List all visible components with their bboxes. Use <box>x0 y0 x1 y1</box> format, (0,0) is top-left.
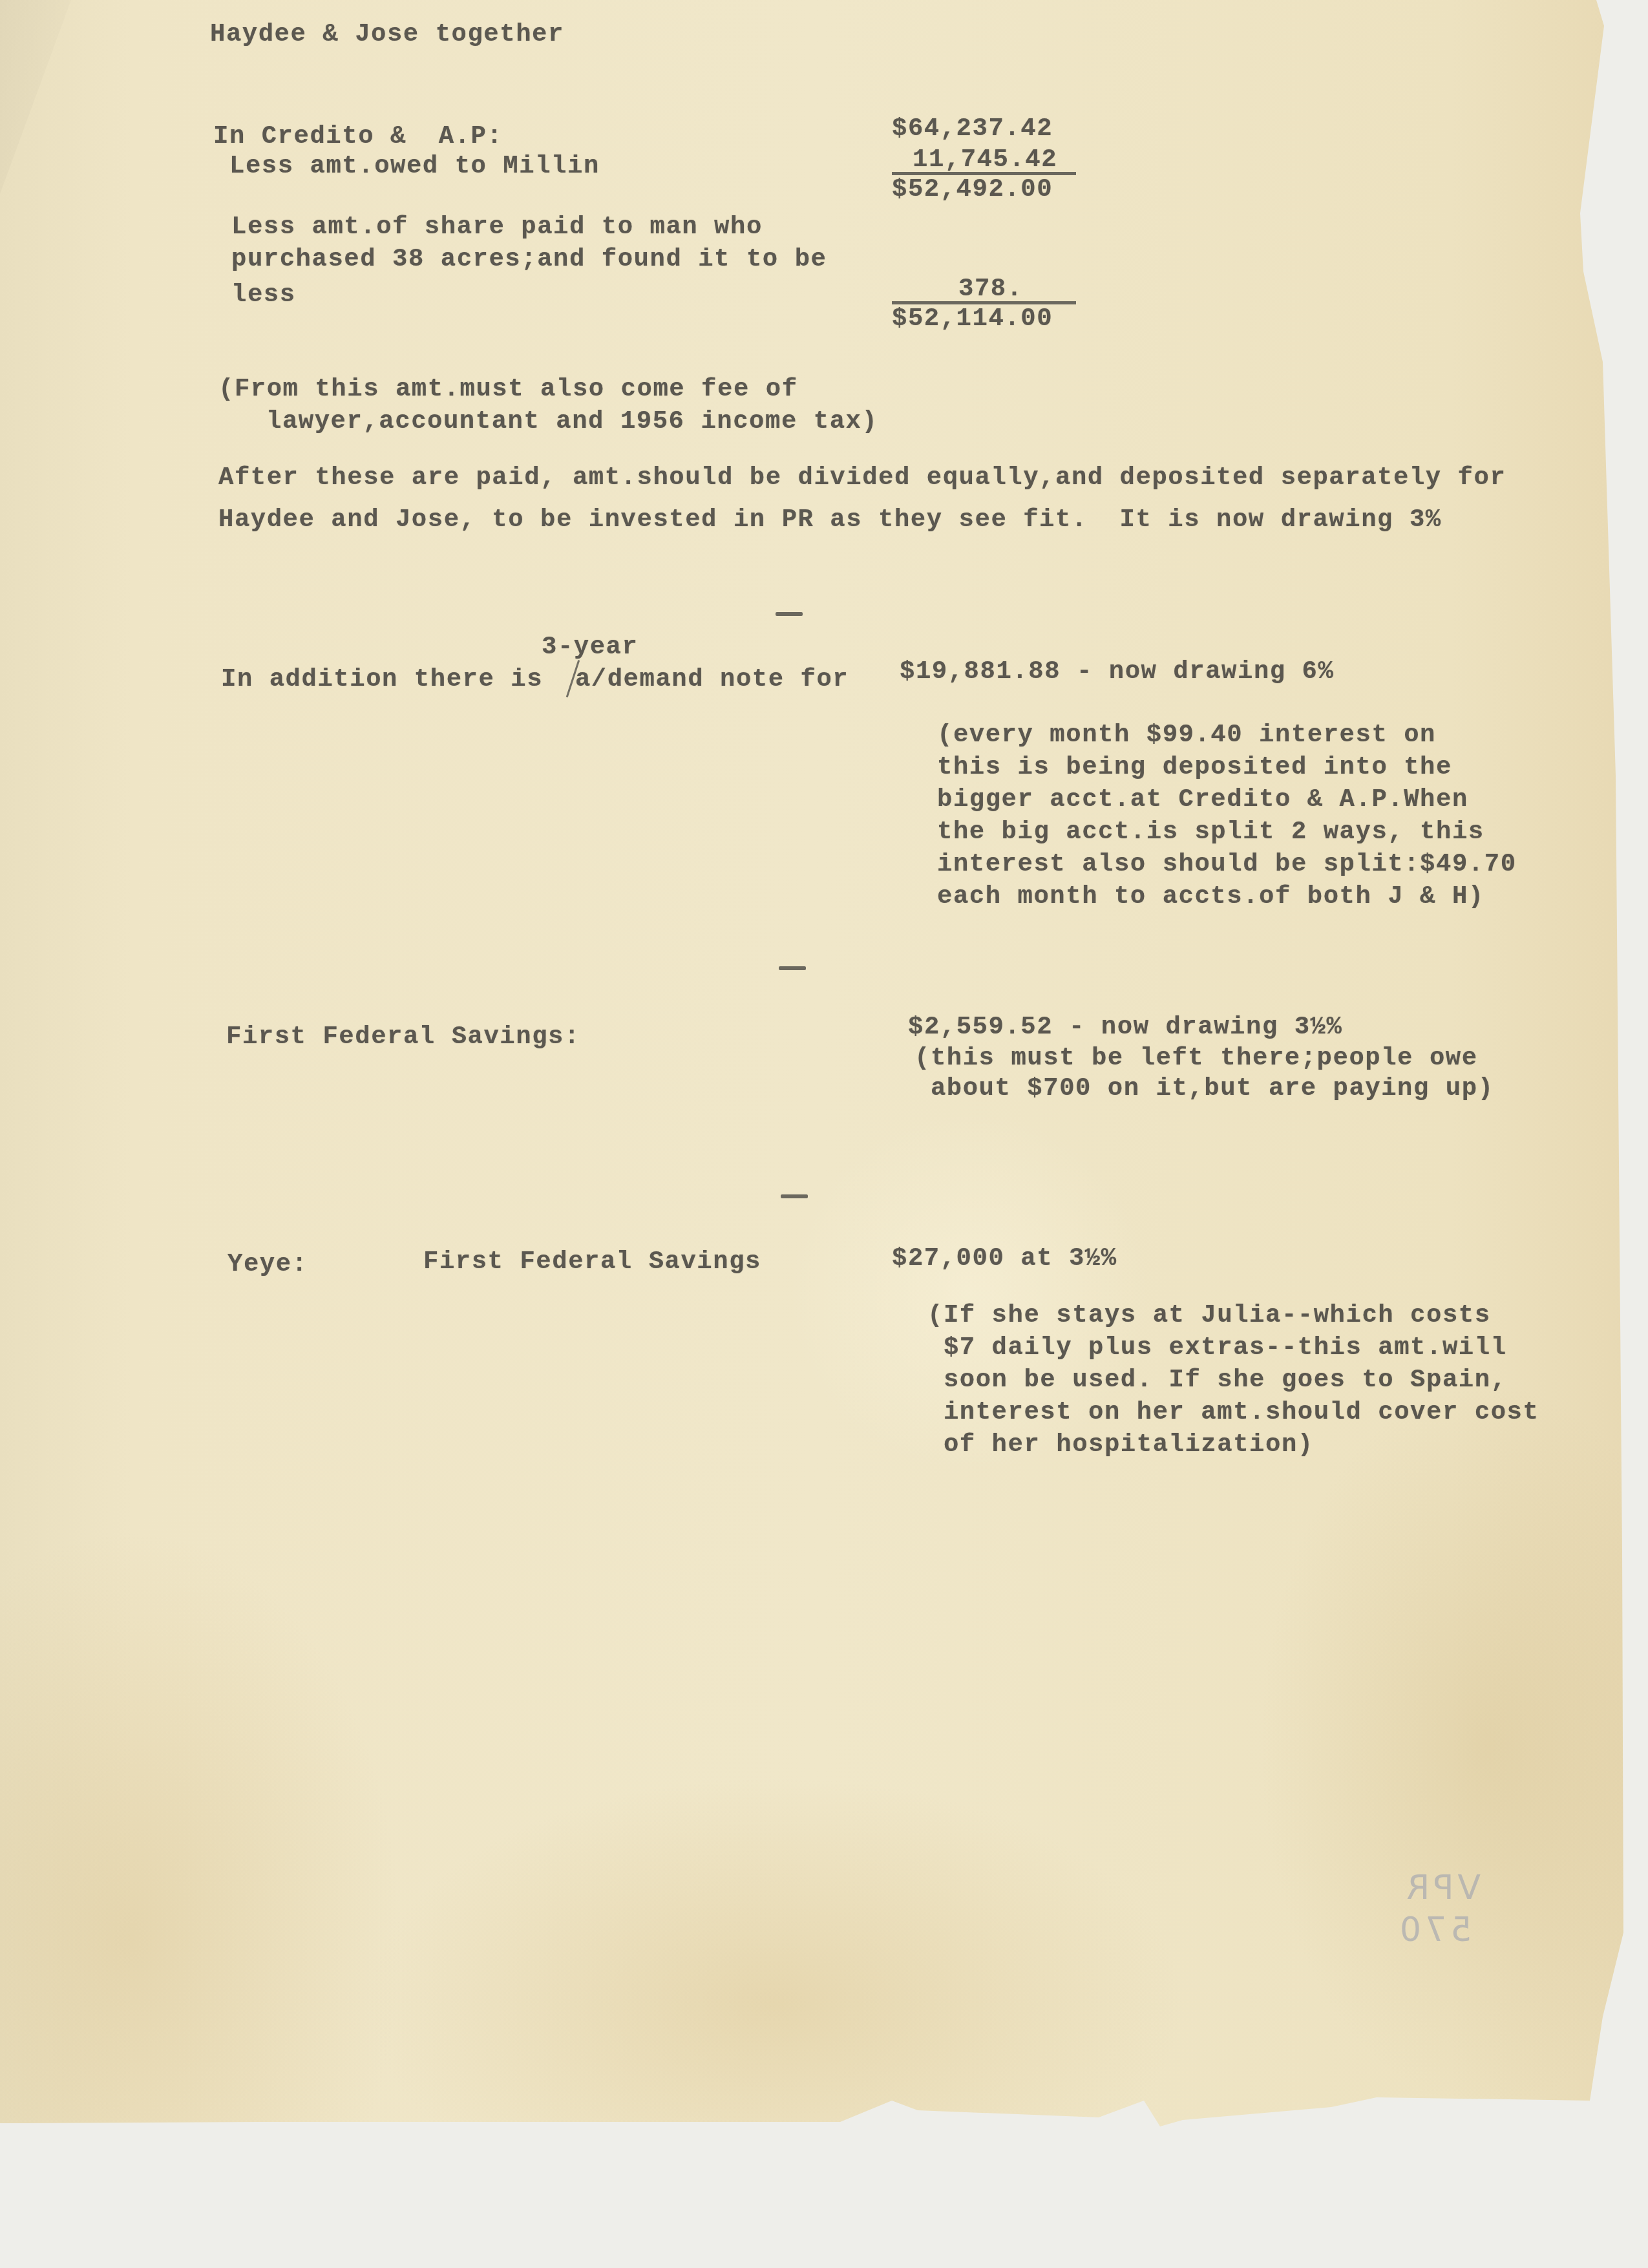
section-separator <box>779 966 806 970</box>
share-text-line-2: purchased 38 acres;and found it to be <box>231 247 827 272</box>
credito-total-amount: $64,237.42 <box>892 116 1053 142</box>
yeye-label: Yeye: <box>227 1252 308 1277</box>
document-heading: Haydee & Jose together <box>210 22 564 47</box>
first-federal-note-line-2: about $700 on it,but are paying up) <box>914 1076 1494 1101</box>
yeye-note-line-1: (If she stays at Julia--which costs <box>927 1303 1491 1328</box>
fees-note-line-1: (From this amt.must also come fee of <box>218 377 798 402</box>
pencil-annotation-line-2: 570 <box>1396 1913 1472 1947</box>
net-total-amount: $52,114.00 <box>892 306 1053 332</box>
yeye-amount: $27,000 at 3½% <box>892 1246 1117 1271</box>
demand-note-amount: $19,881.88 - now drawing 6% <box>900 659 1334 684</box>
yeye-note-line-5: of her hospitalization) <box>927 1432 1314 1457</box>
credito-label: In Credito & A.P: <box>213 124 503 149</box>
demand-note-line-4: the big acct.is split 2 ways, this <box>937 820 1484 845</box>
demand-note-label: In addition there is a/demand note for <box>221 667 849 692</box>
demand-note-line-1: (every month $99.40 interest on <box>937 723 1436 748</box>
first-federal-note-line-1: (this must be left there;people owe <box>914 1046 1478 1071</box>
division-line-1: After these are paid, amt.should be divi… <box>218 465 1506 491</box>
fees-note-line-2: lawyer,accountant and 1956 income tax) <box>266 409 878 434</box>
pencil-annotation-line-1: VPR <box>1402 1871 1481 1905</box>
yeye-note-line-2: $7 daily plus extras--this amt.will <box>927 1335 1507 1361</box>
division-line-2: Haydee and Jose, to be invested in PR as… <box>218 507 1442 533</box>
paper-fold <box>0 0 78 194</box>
subtotal-amount: $52,492.00 <box>892 177 1053 202</box>
owed-amount: 11,745.42 <box>913 147 1057 173</box>
first-federal-label: First Federal Savings: <box>226 1024 580 1050</box>
demand-note-line-3: bigger acct.at Credito & A.P.When <box>937 787 1468 812</box>
yeye-note-line-3: soon be used. If she goes to Spain, <box>927 1368 1507 1393</box>
demand-note-line-2: this is being deposited into the <box>937 755 1452 780</box>
yeye-institution: First Federal Savings <box>423 1249 761 1275</box>
share-amount: 378. <box>958 277 1023 302</box>
yeye-note-line-4: interest on her amt.should cover cost <box>927 1400 1539 1425</box>
share-text-line-1: Less amt.of share paid to man who <box>231 215 763 240</box>
section-separator <box>781 1194 808 1198</box>
section-separator <box>776 612 803 616</box>
first-federal-amount: $2,559.52 - now drawing 3½% <box>908 1015 1342 1040</box>
share-text-line-3: less <box>231 282 296 308</box>
owed-label: Less amt.owed to Millin <box>229 154 600 179</box>
demand-note-insertion: 3-year <box>542 635 638 660</box>
demand-note-line-6: each month to accts.of both J & H) <box>937 884 1484 909</box>
demand-note-line-5: interest also should be split:$49.70 <box>937 852 1517 877</box>
paper-page: Haydee & Jose together In Credito & A.P:… <box>0 0 1648 2268</box>
